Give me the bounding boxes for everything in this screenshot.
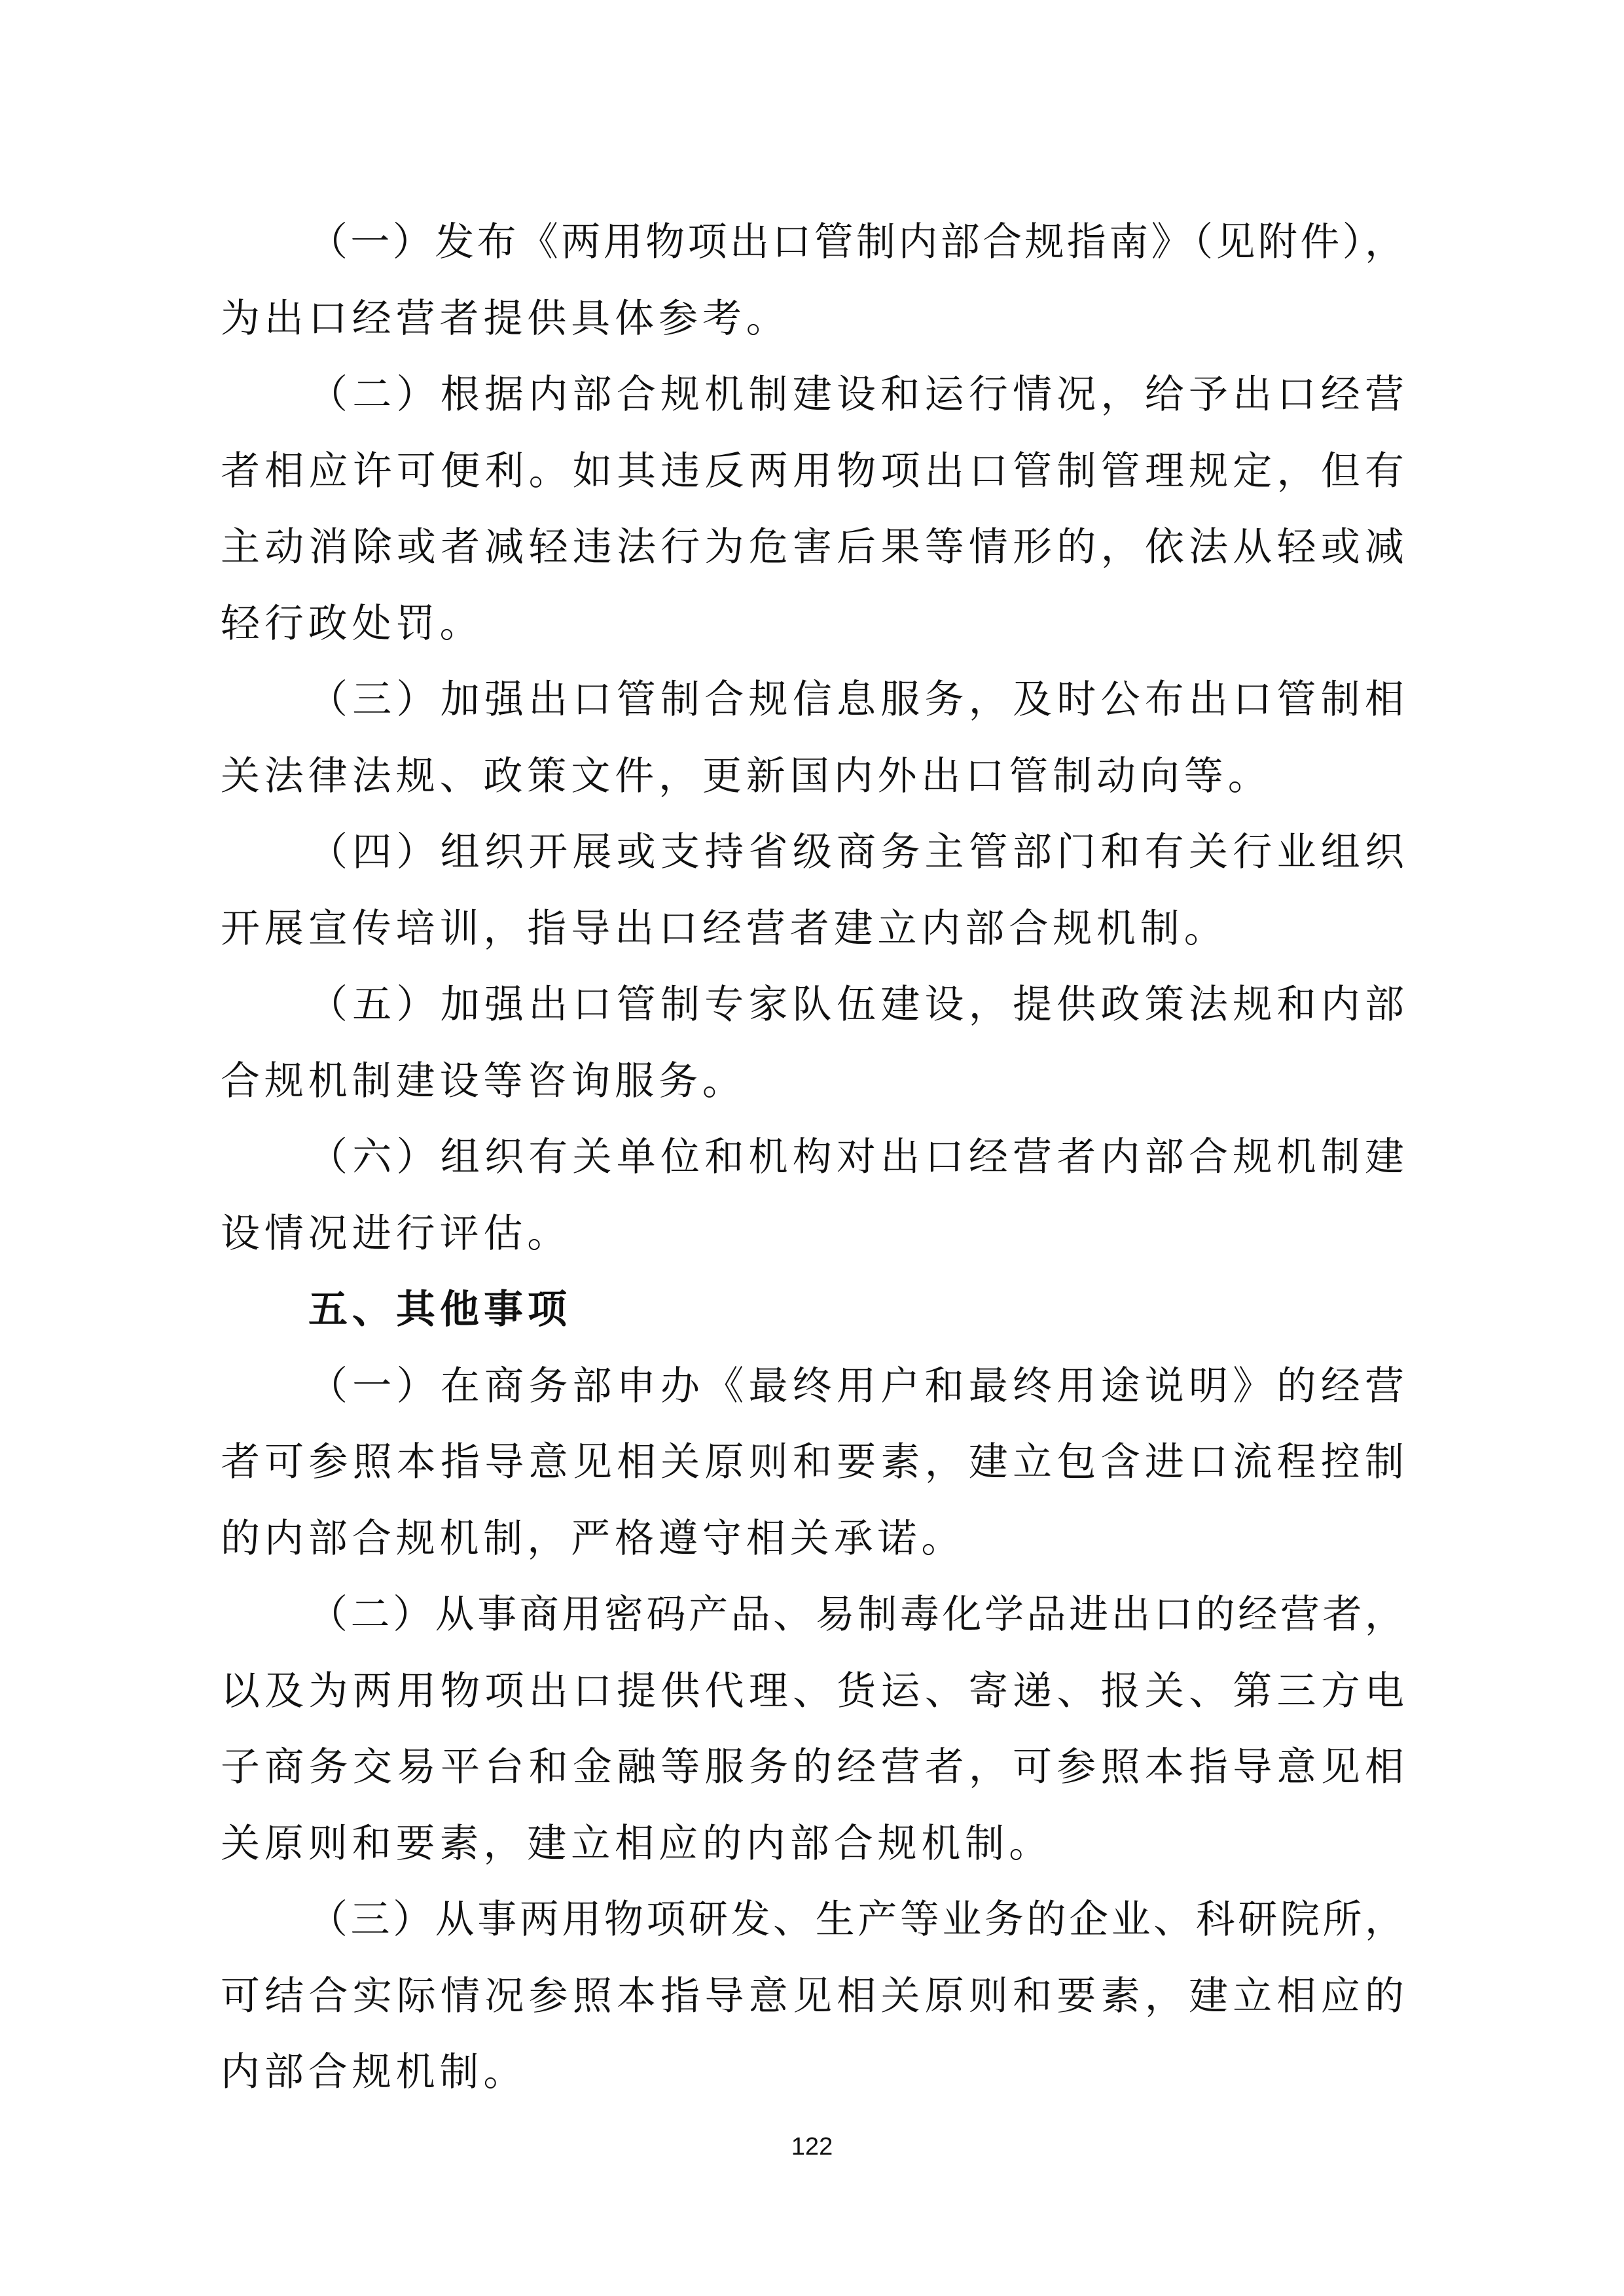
paragraph-line: （六）组织有关单位和机构对出口经营者内部合规机制建 [221,1119,1404,1195]
page-number: 122 [0,2132,1624,2161]
paragraph-line: （五）加强出口管制专家队伍建设，提供政策法规和内部 [221,967,1404,1043]
paragraph-line: 以及为两用物项出口提供代理、货运、寄递、报关、第三方电 [221,1653,1404,1729]
paragraph-line: 者相应许可便利。如其违反两用物项出口管制管理规定，但有 [221,433,1404,509]
paragraph-line: （三）加强出口管制合规信息服务，及时公布出口管制相 [221,662,1404,738]
paragraph-line: （二）根据内部合规机制建设和运行情况，给予出口经营 [221,357,1404,433]
paragraph-line: （三）从事两用物项研发、生产等业务的企业、科研院所， [221,1882,1404,1958]
paragraph-line: 关原则和要素，建立相应的内部合规机制。 [221,1806,1404,1882]
paragraph-line: 为出口经营者提供具体参考。 [221,281,1404,357]
paragraph-line: 设情况进行评估。 [221,1196,1404,1272]
paragraph-line: （一）发布《两用物项出口管制内部合规指南》（见附件）， [221,204,1404,280]
paragraph-line: 合规机制建设等咨询服务。 [221,1043,1404,1119]
paragraph-line: 主动消除或者减轻违法行为危害后果等情形的，依法从轻或减 [221,509,1404,585]
paragraph-line: （一）在商务部申办《最终用户和最终用途说明》的经营 [221,1348,1404,1424]
paragraph-line: （四）组织开展或支持省级商务主管部门和有关行业组织 [221,814,1404,890]
paragraph-line: 开展宣传培训，指导出口经营者建立内部合规机制。 [221,891,1404,967]
paragraph-line: 者可参照本指导意见相关原则和要素，建立包含进口流程控制 [221,1424,1404,1500]
paragraph-line: 子商务交易平台和金融等服务的经营者，可参照本指导意见相 [221,1729,1404,1805]
paragraph-line: 的内部合规机制，严格遵守相关承诺。 [221,1501,1404,1577]
section-heading: 五、其他事项 [221,1272,1404,1348]
paragraph-line: 内部合规机制。 [221,2034,1404,2110]
paragraph-line: 关法律法规、政策文件，更新国内外出口管制动向等。 [221,738,1404,814]
paragraph-line: 可结合实际情况参照本指导意见相关原则和要素，建立相应的 [221,1958,1404,2034]
document-page: （一）发布《两用物项出口管制内部合规指南》（见附件）， 为出口经营者提供具体参考… [0,0,1624,2296]
paragraph-line: （二）从事商用密码产品、易制毒化学品进出口的经营者， [221,1577,1404,1653]
paragraph-line: 轻行政处罚。 [221,586,1404,662]
